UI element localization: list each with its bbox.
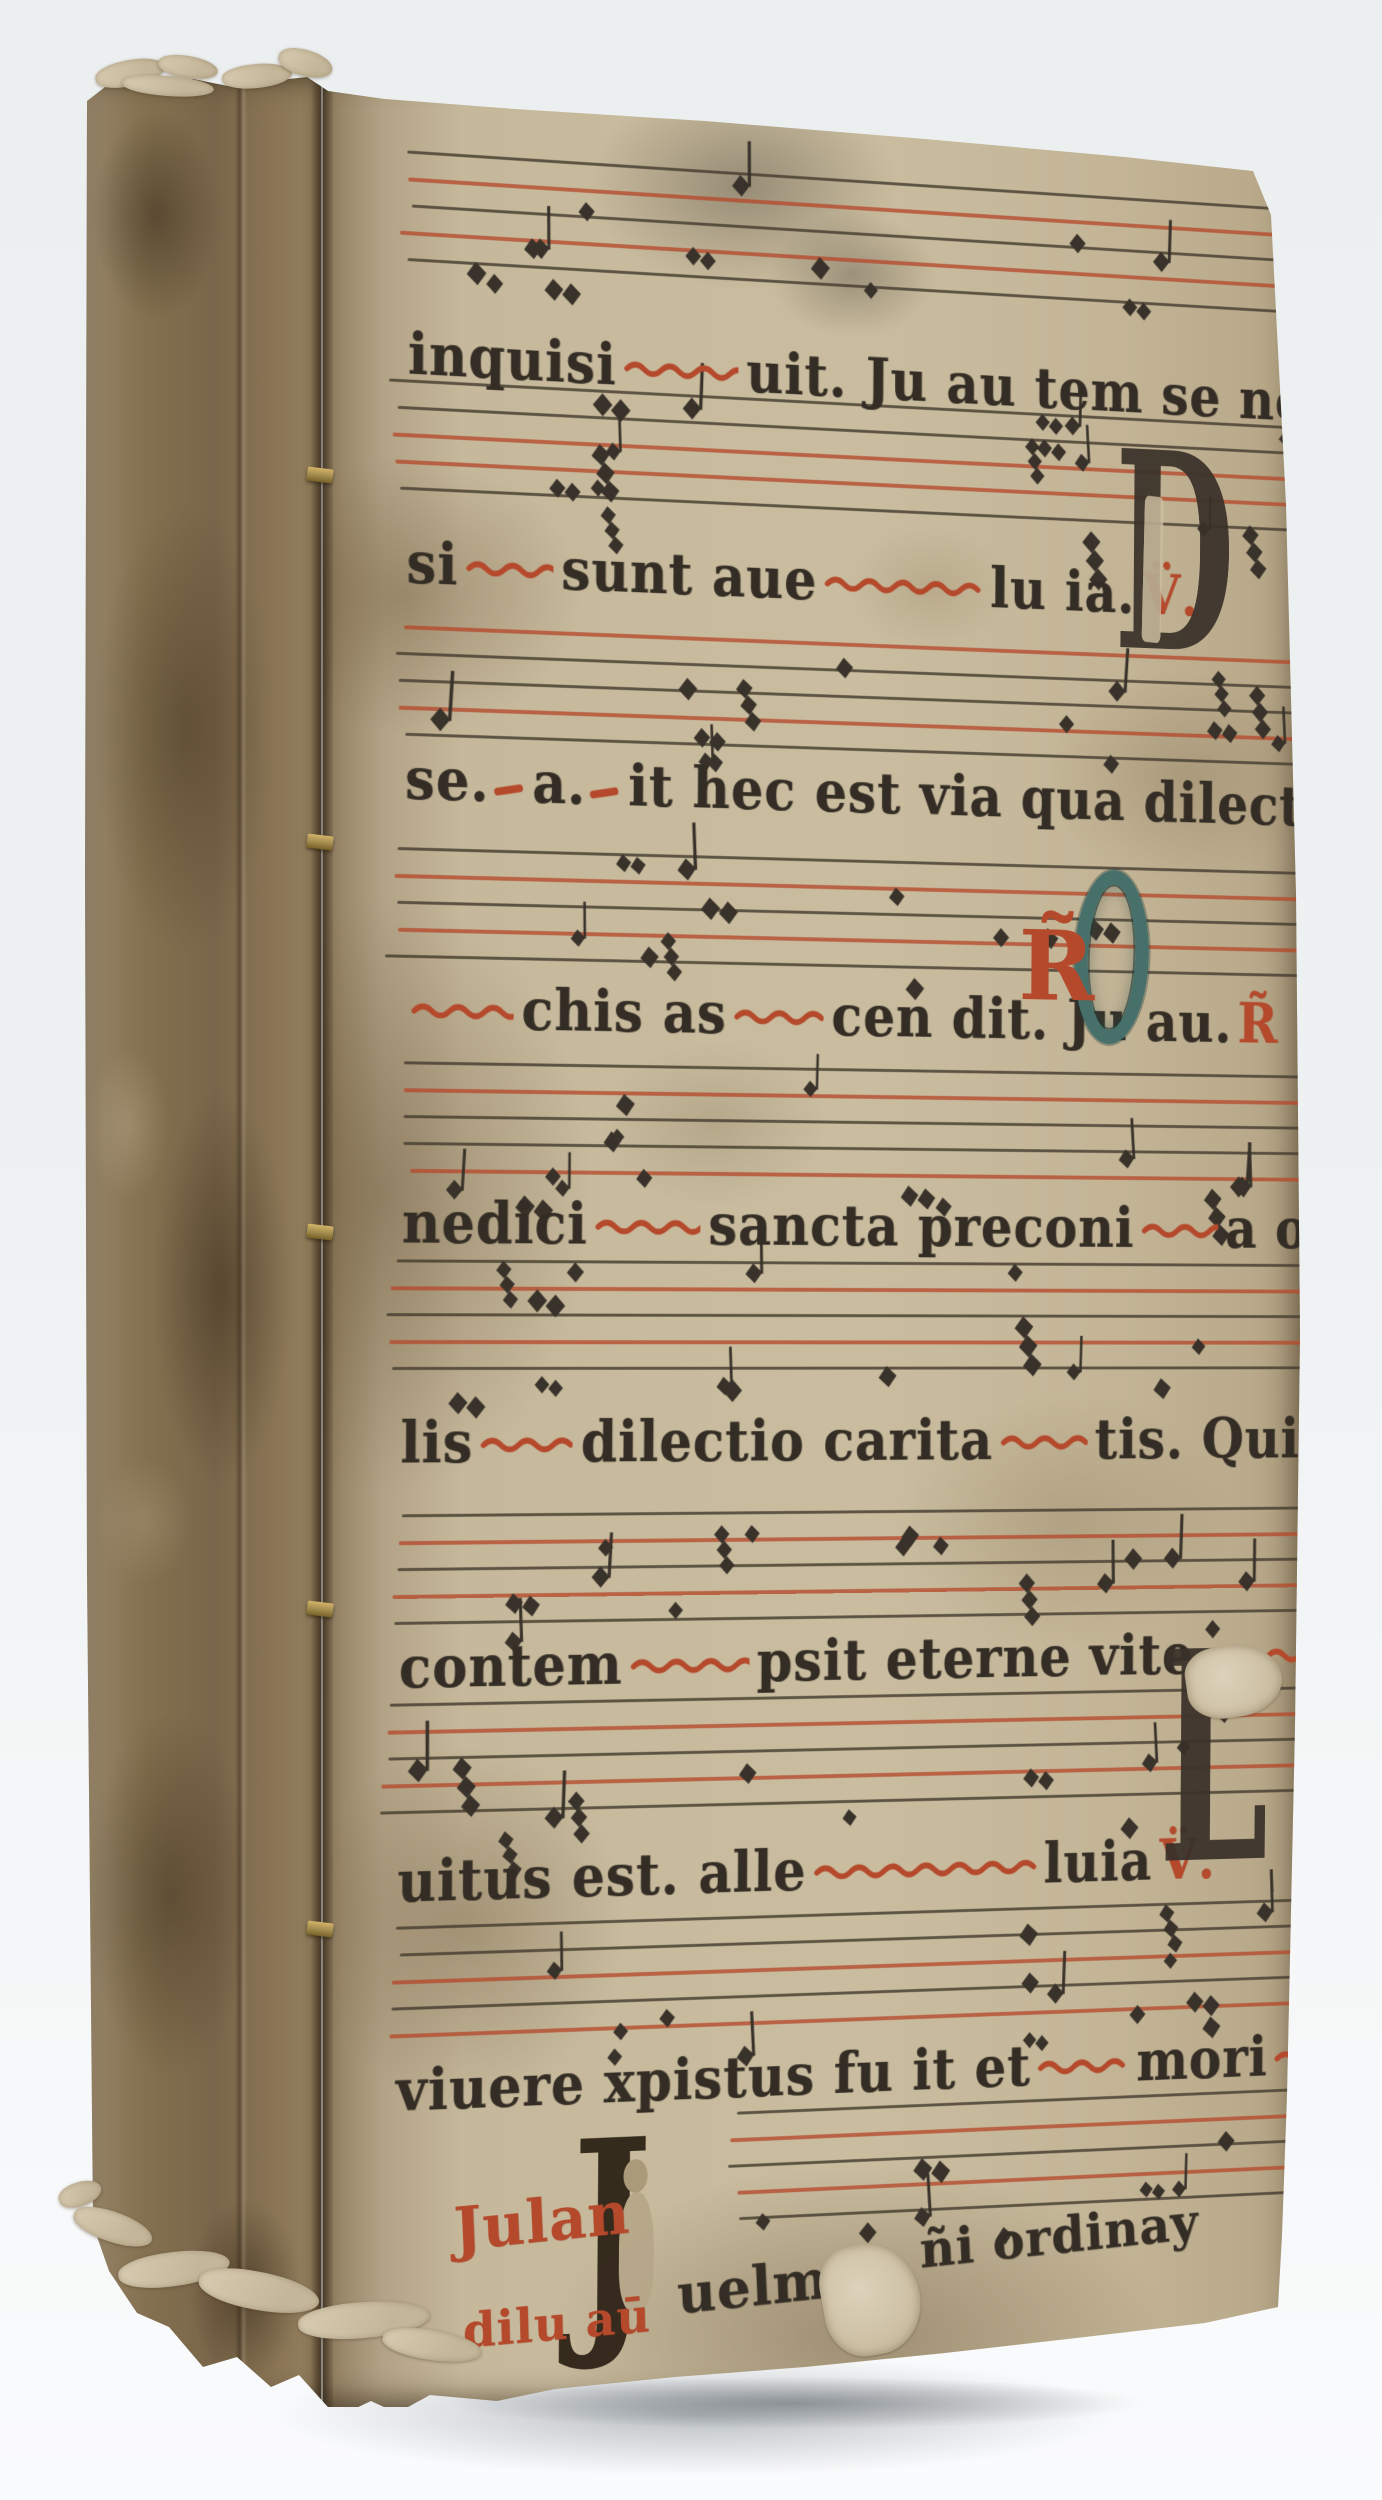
rubric-flourish <box>1141 1218 1218 1240</box>
neume <box>488 236 506 292</box>
neume <box>1141 2151 1155 2196</box>
manuscript-cover-board: inquisiuit. Ju au tem se nesaresisunt au… <box>323 75 1300 2407</box>
rubric-flourish <box>825 571 983 599</box>
neume <box>902 1484 922 1543</box>
neume <box>1188 1951 1208 2009</box>
rubric-flourish <box>624 356 738 384</box>
neume <box>1124 263 1141 314</box>
neume <box>734 134 753 194</box>
marginal-word: Julan <box>453 2183 632 2260</box>
neume <box>1024 1932 1043 1991</box>
neume <box>498 1796 517 1847</box>
neume <box>1016 1273 1036 1335</box>
neume <box>1126 1507 1147 1567</box>
neume <box>642 905 663 965</box>
neume <box>813 213 833 277</box>
rubric-flourish <box>481 1432 573 1454</box>
neume <box>450 1349 472 1411</box>
neume <box>612 1097 628 1143</box>
neume <box>592 447 608 495</box>
book-spine <box>85 75 321 2407</box>
neume <box>1021 1535 1041 1590</box>
rubric-dash <box>493 784 523 796</box>
neume <box>600 1505 618 1554</box>
neume <box>736 641 756 696</box>
neume <box>536 1343 554 1391</box>
staff-line <box>386 1313 1314 1318</box>
neume <box>861 2182 883 2240</box>
chant-text: sa <box>1345 377 1382 434</box>
neume <box>551 442 568 495</box>
music-staff <box>389 149 1332 352</box>
initial-tracery <box>1141 495 1163 643</box>
neume <box>687 211 706 264</box>
neume <box>1174 2148 1190 2195</box>
neume <box>1155 213 1174 270</box>
neume <box>865 250 881 297</box>
neume <box>1280 389 1298 446</box>
chant-text: luia <box>1043 1832 1152 1890</box>
neume <box>547 236 567 298</box>
neume <box>573 896 589 944</box>
neume <box>1068 1330 1084 1378</box>
neume <box>914 2167 935 2224</box>
rubric-flourish <box>1038 2052 1129 2077</box>
binding-tacket <box>306 833 334 850</box>
chant-text: a. <box>532 754 586 812</box>
antique-book: inquisiuit. Ju au tem se nesaresisunt au… <box>85 75 1300 2407</box>
spacing-gap <box>1278 1051 1382 1054</box>
chant-text: tis. Qui dñ ser a <box>1094 1410 1382 1466</box>
staff-line <box>392 1366 1323 1370</box>
neume <box>879 1324 900 1384</box>
neume <box>740 1722 760 1780</box>
neume <box>1235 1136 1255 1195</box>
chant-text: si <box>406 533 458 592</box>
neume <box>1131 1968 1151 2022</box>
neume <box>805 1049 821 1095</box>
rubric-flourish <box>630 1652 749 1676</box>
neume <box>546 1132 565 1183</box>
chant-text-line: lisdilectio caritatis. Qui dñ ser a <box>400 1405 1382 1470</box>
neume <box>547 1764 569 1825</box>
neume <box>455 1714 475 1776</box>
rubric-flourish <box>814 1854 1037 1882</box>
photo-scene: Photograph of an antique book standing u… <box>0 0 1382 2500</box>
rubric-flourish <box>1275 2043 1377 2068</box>
neume <box>1061 680 1079 731</box>
neume <box>1219 2091 1239 2148</box>
rubric-flourish <box>595 1214 700 1236</box>
neume <box>1084 488 1105 550</box>
rubric-flourish <box>1000 1430 1087 1452</box>
neume <box>1141 1716 1160 1769</box>
rubric-text: R̃ <box>1237 995 1278 1050</box>
binding-tacket <box>306 1920 334 1937</box>
staff-line <box>404 1061 1315 1078</box>
neume <box>1193 1306 1207 1352</box>
rubric-flourish <box>411 998 514 1022</box>
neume <box>1099 1533 1117 1590</box>
neume <box>1271 701 1288 749</box>
chant-text: uitus est. alle <box>397 1842 806 1910</box>
illuminated-initial-d: D <box>1114 446 1236 664</box>
neume <box>1240 1532 1258 1588</box>
neume <box>607 408 624 458</box>
chant-text: inquisi <box>408 325 617 393</box>
chant-text: se. <box>405 749 490 808</box>
chant-text: a o meam <box>1225 1201 1382 1257</box>
rubric-dash <box>590 787 620 799</box>
staff-line <box>397 847 1320 875</box>
binding-tacket <box>306 466 334 483</box>
neume <box>703 854 723 917</box>
neume <box>1074 419 1092 468</box>
neume <box>570 1754 590 1808</box>
neume <box>935 1500 952 1553</box>
neume <box>843 1776 859 1823</box>
rubric-flourish <box>734 1004 824 1027</box>
chant-text: dilectio carita <box>581 1412 994 1470</box>
chant-text: sancta preconi <box>708 1196 1134 1254</box>
neume <box>837 618 856 675</box>
neume <box>1071 196 1089 251</box>
neume <box>432 662 457 728</box>
binding-tacket <box>306 1223 334 1240</box>
chant-text: contem <box>399 1635 623 1695</box>
music-staff <box>381 1259 1325 1409</box>
staff-line <box>398 928 1321 953</box>
rubric-dash <box>1310 406 1337 417</box>
neume <box>995 891 1014 945</box>
neume <box>580 165 598 219</box>
neume <box>1118 1112 1137 1166</box>
neume <box>410 1713 431 1778</box>
neume <box>1105 718 1123 771</box>
neume <box>670 1568 688 1616</box>
staff-line <box>397 901 1320 927</box>
spine-joint <box>311 75 333 2407</box>
staff-line <box>404 1088 1313 1105</box>
chant-text-line: nedicisancta preconia o meam <box>402 1189 1382 1257</box>
neume <box>467 217 489 281</box>
neume <box>1122 1775 1142 1835</box>
staff-line <box>389 1340 1319 1345</box>
staff-line <box>385 954 1317 977</box>
staff-line <box>404 1142 1316 1155</box>
staff-line <box>404 1115 1319 1130</box>
antiphonal-leaf: inquisiuit. Ju au tem se nesaresisunt au… <box>315 76 1324 2406</box>
neume <box>661 1973 677 2025</box>
binding-tacket <box>306 1600 334 1617</box>
chant-text: chis as <box>521 981 727 1041</box>
staff-line <box>394 874 1320 902</box>
neume <box>756 2178 773 2228</box>
neume <box>725 1335 749 1399</box>
neume <box>662 897 679 948</box>
neume <box>746 1490 762 1540</box>
chant-text: con <box>1341 1623 1382 1679</box>
neume <box>716 1490 735 1541</box>
neume <box>1250 648 1269 704</box>
neume <box>1152 1337 1174 1396</box>
chant-text: nedici <box>402 1193 588 1251</box>
neume <box>681 635 701 697</box>
chant-text: mori <box>1136 2029 1268 2089</box>
rubric-responsory-mark: R̃ <box>1018 928 1094 1005</box>
neume <box>638 1132 655 1185</box>
rubric-flourish <box>466 555 553 581</box>
neume <box>678 816 700 877</box>
neume <box>1166 1507 1186 1565</box>
neume <box>1049 1945 1069 2001</box>
neume <box>1243 487 1261 543</box>
neume <box>1026 1731 1043 1784</box>
staff-line <box>737 2164 1313 2195</box>
chant-text: psit eterne vite <box>757 1626 1194 1689</box>
neume <box>524 198 545 255</box>
neume <box>548 1926 565 1978</box>
neume <box>889 852 907 904</box>
chant-text: sunt aue <box>561 540 818 607</box>
spine-crease <box>235 75 247 2407</box>
neume <box>615 819 634 869</box>
chant-text: lis <box>400 1413 473 1470</box>
